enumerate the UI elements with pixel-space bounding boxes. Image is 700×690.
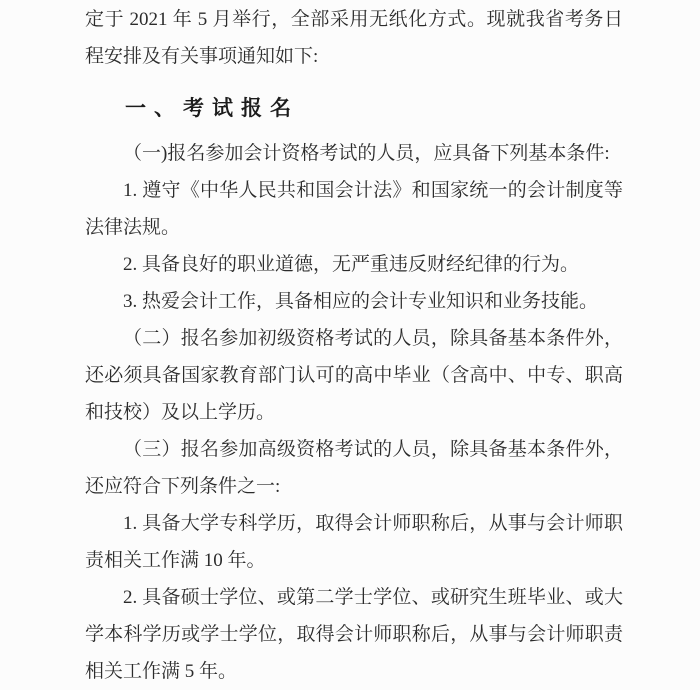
notice-text-line: 1. 遵守《中华人民共和国会计法》和国家统一的会计制度等	[85, 172, 623, 209]
notice-text-line: （一)报名参加会计资格考试的人员，应具备下列基本条件:	[85, 135, 623, 172]
notice-text-line: （二）报名参加初级资格考试的人员，除具备基本条件外，	[85, 320, 623, 357]
notice-text-line: 和技校）及以上学历。	[85, 394, 623, 431]
notice-text-line: 1. 具备大学专科学历，取得会计师职称后，从事与会计师职	[85, 505, 623, 542]
notice-text-line: 相关工作满 5 年。	[85, 653, 623, 690]
notice-text-line: 2. 具备硕士学位、或第二学士学位、或研究生班毕业、或大	[85, 579, 623, 616]
notice-text-line: 责相关工作满 10 年。	[85, 542, 623, 579]
notice-text-line: 学本科学历或学士学位，取得会计师职称后，从事与会计师职责	[85, 616, 623, 653]
notice-body: 定于 2021 年 5 月举行，全部采用无纸化方式。现就我省考务日程安排及有关事…	[85, 1, 623, 690]
notice-text-line: 还应符合下列条件之一:	[85, 468, 623, 505]
notice-text-line: 3. 热爱会计工作，具备相应的会计专业知识和业务技能。	[85, 283, 623, 320]
section-heading-exam-registration: 一、考试报名	[85, 89, 623, 127]
notice-text-line: 2. 具备良好的职业道德，无严重违反财经纪律的行为。	[85, 246, 623, 283]
notice-text-line: 还必须具备国家教育部门认可的高中毕业（含高中、中专、职高	[85, 357, 623, 394]
notice-text-line: （三）报名参加高级资格考试的人员，除具备基本条件外，	[85, 431, 623, 468]
scanned-notice-page: 定于 2021 年 5 月举行，全部采用无纸化方式。现就我省考务日程安排及有关事…	[0, 0, 700, 690]
notice-text-line: 定于 2021 年 5 月举行，全部采用无纸化方式。现就我省考务日	[85, 1, 623, 38]
notice-text-line: 程安排及有关事项通知如下:	[85, 38, 623, 75]
notice-text-line: 法律法规。	[85, 209, 623, 246]
